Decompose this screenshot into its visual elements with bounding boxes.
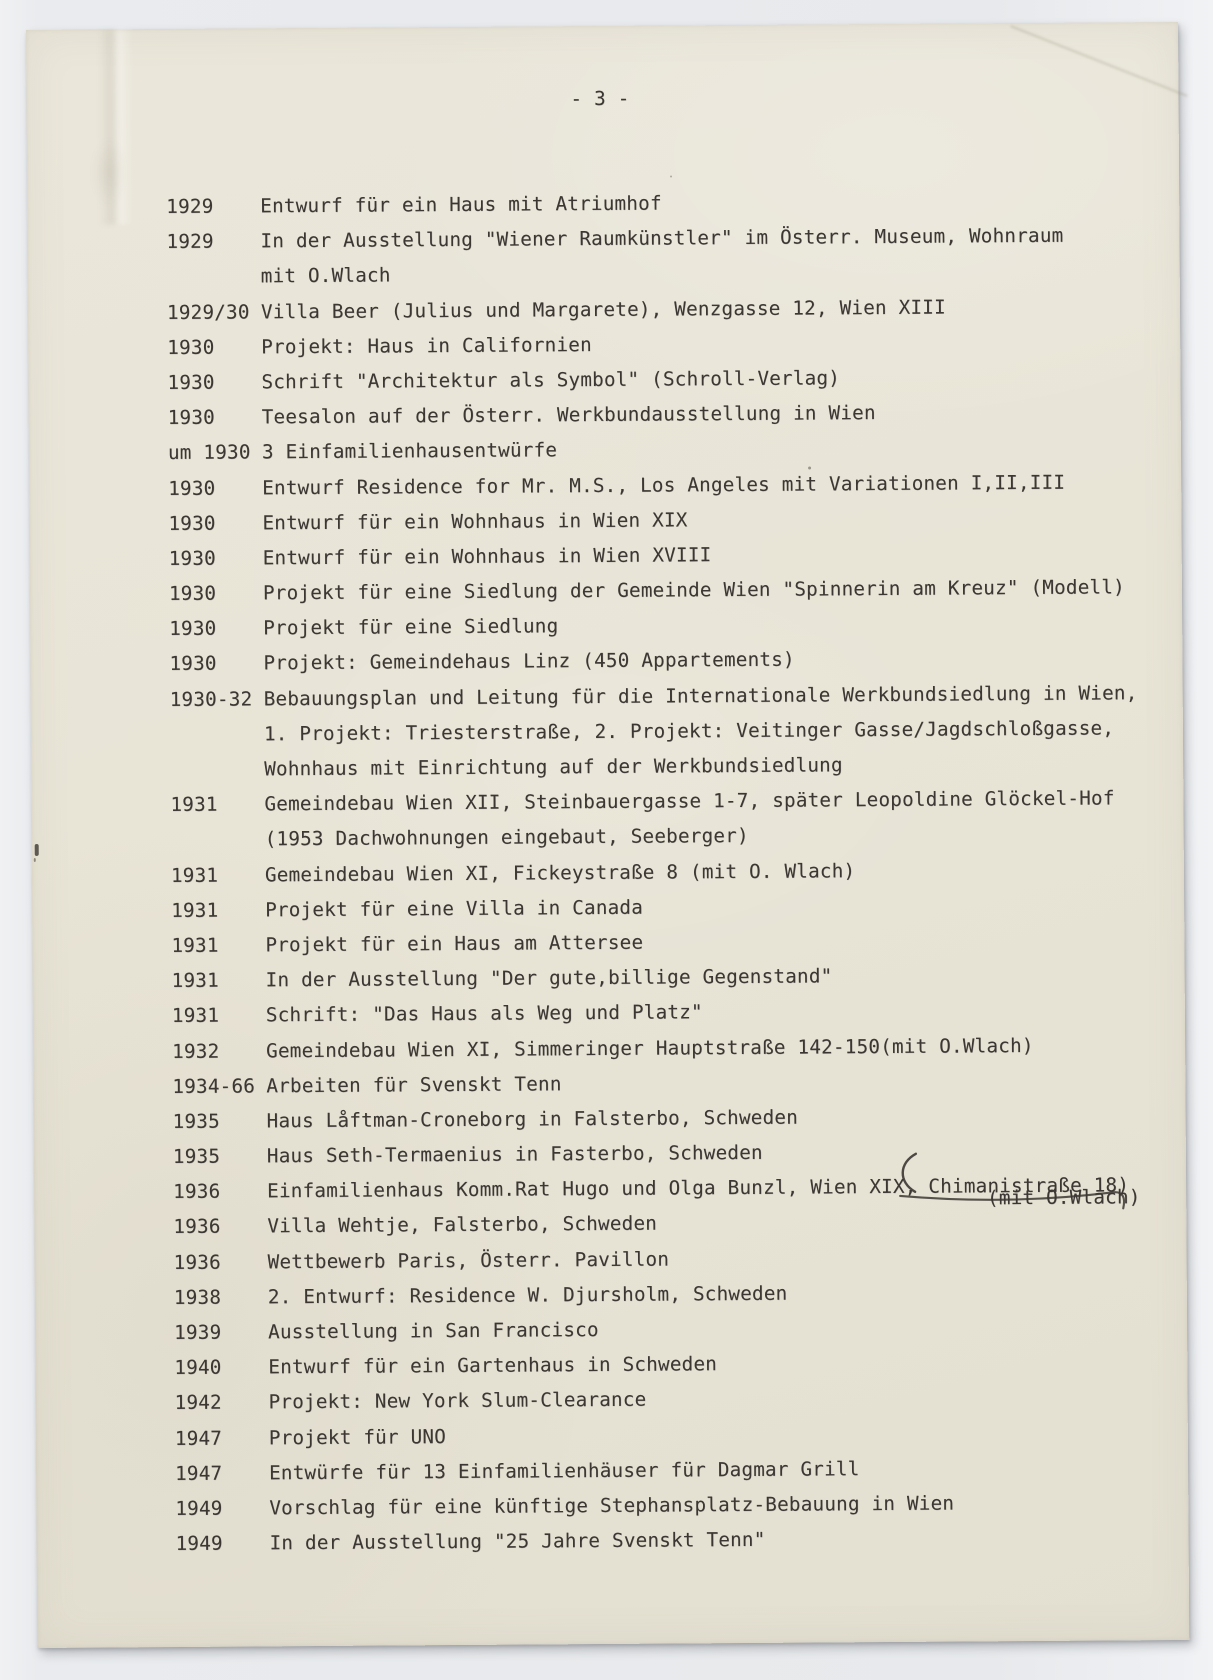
entry-year: 1930	[167, 329, 261, 365]
ink-speck	[35, 844, 39, 856]
handwritten-annotation: (mit O.Wlach)	[916, 1158, 1141, 1238]
entry-year: 1949	[175, 1525, 269, 1561]
entry-text: 3 Einfamilienhausentwürfe	[262, 439, 557, 464]
entry-text: Projekt für UNO	[269, 1425, 446, 1449]
annotation-text: (mit O.Wlach)	[987, 1185, 1141, 1209]
entry-year: 1930	[168, 399, 262, 435]
ink-speck	[34, 858, 36, 862]
entry-text: In der Ausstellung "25 Jahre Svenskt Ten…	[269, 1528, 765, 1554]
entry-text: Schrift "Architektur als Symbol" (Schrol…	[261, 366, 840, 393]
entry-text: Villa Beer (Julius und Margarete), Wenzg…	[261, 295, 946, 323]
entry-year: 1930	[167, 364, 261, 400]
chronology-list: 1929Entwurf für ein Haus mit Atriumhof19…	[166, 182, 1143, 1561]
entry-text: Projekt: Gemeindehaus Linz (450 Appartem…	[263, 648, 795, 675]
entry-year: 1930	[169, 646, 263, 682]
entry-text: (1953 Dachwohnungen eingebaut, Seeberger…	[265, 824, 749, 850]
entry-year: 1934-66	[172, 1068, 266, 1104]
entry-year: 1930	[168, 505, 262, 541]
entry-text: Projekt für eine Villa in Canada	[265, 895, 643, 921]
entry-text: Haus Seth-Termaenius in Fasterbo, Schwed…	[267, 1141, 763, 1167]
entry-text: Gemeindebau Wien XI, Simmeringer Hauptst…	[266, 1033, 1034, 1061]
entry-text: In der Ausstellung "Der gute,billige Geg…	[266, 965, 833, 992]
entry-text: Vorschlag für eine künftige Stephansplat…	[269, 1491, 954, 1519]
entry-text: 2. Entwurf: Residence W. Djursholm, Schw…	[268, 1282, 788, 1309]
entry-year: 1947	[175, 1455, 269, 1491]
entry-text: In der Ausstellung "Wiener Raumkünstler"…	[260, 224, 1063, 253]
entry-text: Entwurf für ein Gartenhaus in Schweden	[268, 1352, 717, 1378]
entry-year	[170, 716, 264, 717]
entry-text: Ausstellung in San Francisco	[268, 1318, 599, 1343]
entry-year: 1930	[168, 470, 262, 506]
entry-text: Wohnhaus mit Einrichtung auf der Werkbun…	[264, 753, 843, 780]
entry-year: 1930	[169, 540, 263, 576]
ink-speck	[670, 175, 672, 177]
entry-text: Projekt: Haus in Californien	[261, 333, 592, 358]
entry-text: Teesalon auf der Österr. Werkbundausstel…	[262, 401, 876, 428]
entry-text: Gemeindebau Wien XII, Steinbauergasse 1-…	[264, 787, 1114, 816]
document-page: - 3 - 1929Entwurf für ein Haus mit Atriu…	[26, 22, 1189, 1648]
entry-text: Haus Låftman-Croneborg in Falsterbo, Sch…	[267, 1106, 799, 1133]
entry-year: um 1930	[168, 435, 262, 471]
entry-year: 1935	[173, 1138, 267, 1174]
entry-year: 1931	[172, 998, 266, 1034]
entry-year: 1932	[172, 1033, 266, 1069]
entry-year: 1942	[174, 1385, 268, 1421]
paper-crease-diagonal	[1010, 25, 1187, 97]
chronology-entry: 1929In der Ausstellung "Wiener Raumkünst…	[166, 217, 1134, 259]
chronology-entry: 1. Projekt: Triesterstraße, 2. Projekt: …	[170, 710, 1138, 752]
entry-year: 1931	[171, 927, 265, 963]
entry-text: Entwurf für ein Wohnhaus in Wien XVIII	[263, 543, 712, 569]
entry-year: 1930-32	[170, 681, 264, 717]
entry-text: Schrift: "Das Haus als Weg und Platz"	[266, 1001, 703, 1027]
chronology-entry: 1949In der Ausstellung "25 Jahre Svenskt…	[175, 1519, 1143, 1561]
entry-year: 1929	[166, 188, 260, 224]
entry-text: Gemeindebau Wien XI, Fickeystraße 8 (mit…	[265, 859, 856, 886]
entry-year: 1930	[169, 611, 263, 647]
entry-text: Projekt für ein Haus am Attersee	[265, 931, 643, 957]
page-number: - 3 -	[570, 86, 629, 112]
entry-year: 1929	[166, 224, 260, 260]
entry-text: Projekt für eine Siedlung der Gemeinde W…	[263, 575, 1125, 604]
entry-year: 1938	[174, 1279, 268, 1315]
entry-text: Arbeiten für Svenskt Tenn	[266, 1072, 561, 1097]
entry-year: 1929/30	[167, 294, 261, 330]
entry-year: 1940	[174, 1350, 268, 1386]
entry-year: 1936	[173, 1174, 267, 1210]
entry-year	[170, 751, 264, 752]
entry-year	[167, 259, 261, 260]
entry-year: 1947	[175, 1420, 269, 1456]
entry-text: Entwurf für ein Wohnhaus in Wien XIX	[262, 508, 687, 534]
entry-year	[171, 822, 265, 823]
entry-text: Wettbewerb Paris, Österr. Pavillon	[268, 1247, 670, 1273]
entry-year: 1935	[173, 1103, 267, 1139]
entry-year: 1936	[173, 1244, 267, 1280]
entry-text: Entwurf Residence for Mr. M.S., Los Ange…	[262, 470, 1065, 499]
entry-text: Bebauungsplan und Leitung für die Intern…	[264, 681, 1138, 710]
chronology-entry: 1931Gemeindebau Wien XII, Steinbauergass…	[170, 780, 1138, 822]
chronology-entry: 1932Gemeindebau Wien XI, Simmeringer Hau…	[172, 1027, 1140, 1069]
chronology-entry: 1930Projekt für eine Siedlung der Gemein…	[169, 569, 1137, 611]
entry-text: mit O.Wlach	[261, 264, 391, 288]
entry-text: 1. Projekt: Triesterstraße, 2. Projekt: …	[264, 716, 1114, 745]
entry-text: Projekt für eine Siedlung	[263, 615, 558, 640]
paper-crease-smudge	[91, 137, 127, 207]
entry-year: 1939	[174, 1314, 268, 1350]
entry-year: 1931	[172, 962, 266, 998]
entry-text: Projekt: New York Slum-Clearance	[269, 1388, 647, 1414]
entry-year: 1936	[173, 1209, 267, 1245]
entry-year: 1931	[171, 892, 265, 928]
entry-year: 1949	[175, 1490, 269, 1526]
entry-text: Entwurf für ein Haus mit Atriumhof	[260, 192, 662, 218]
entry-year: 1931	[170, 787, 264, 823]
entry-text: Villa Wehtje, Falsterbo, Schweden	[267, 1212, 657, 1238]
entry-year: 1930	[169, 575, 263, 611]
entry-year: 1931	[171, 857, 265, 893]
entry-text: Entwürfe für 13 Einfamilienhäuser für Da…	[269, 1457, 860, 1484]
chronology-entry: 1930Entwurf Residence for Mr. M.S., Los …	[168, 464, 1136, 506]
scanned-document: - 3 - 1929Entwurf für ein Haus mit Atriu…	[0, 0, 1213, 1680]
